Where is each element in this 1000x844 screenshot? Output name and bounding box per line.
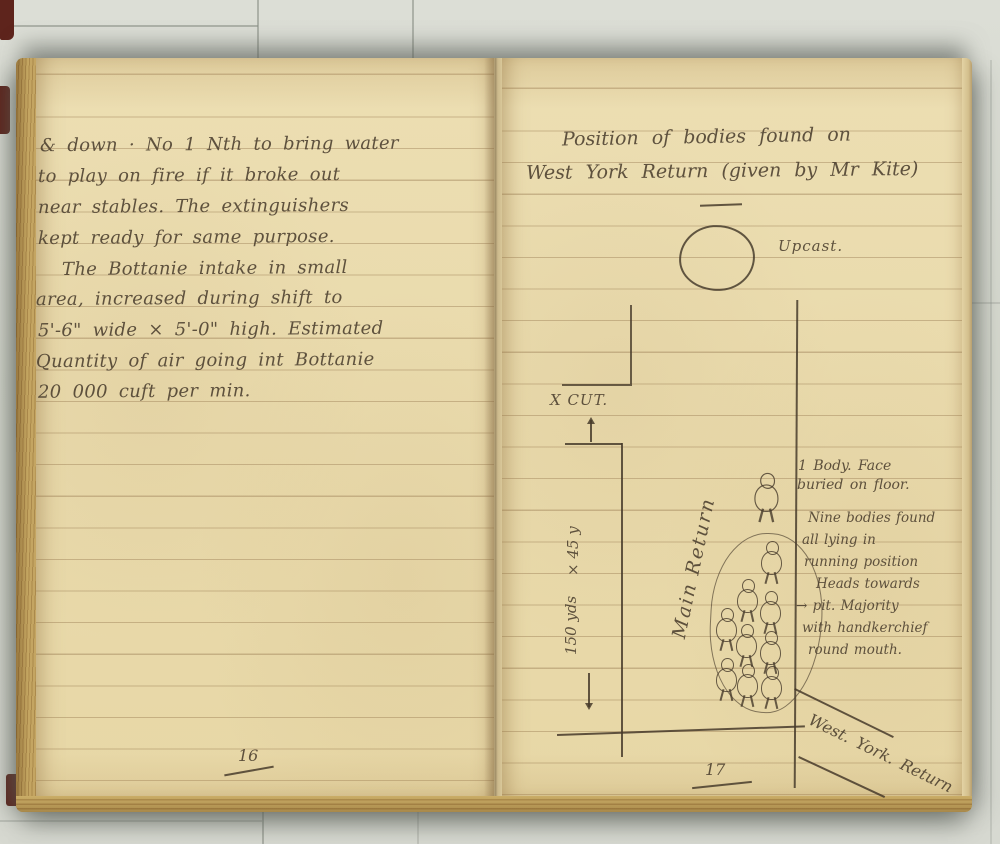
handwritten-line: The Bottanie intake in small: [62, 257, 348, 280]
body-figure: [759, 591, 783, 633]
diagram-title-line2: West York Return (given by Mr Kite): [526, 158, 919, 184]
dimension-arrow-down: [588, 673, 590, 707]
dimension-end-line: [557, 725, 805, 736]
handwritten-line: & down · No 1 Nth to bring water: [40, 133, 399, 157]
figure-leg: [769, 508, 774, 522]
handwritten-line: to play on fire if it broke out: [38, 164, 340, 187]
handwritten-line: 20 000 cuft per min.: [38, 380, 251, 402]
upcast-label: Upcast.: [778, 237, 843, 255]
page-number-underline: [692, 781, 752, 789]
body-figure: [760, 541, 784, 583]
tile-seam-vertical: [990, 60, 992, 844]
handwritten-line: kept ready for same purpose.: [38, 226, 335, 249]
handwritten-line: 5'-6" wide × 5'-0" high. Estimated: [38, 318, 384, 341]
book-cover-corner: [0, 0, 14, 40]
tile-seam-vertical: [257, 0, 259, 60]
crosscut-wall-line: [562, 305, 632, 386]
dimension-45-label: × 45 y: [564, 526, 582, 576]
group-note-line: with handkerchief: [802, 620, 928, 636]
page-number-right: 17: [705, 760, 725, 779]
diagram-title-line1: Position of bodies found on: [562, 123, 851, 150]
dimension-arrow-up: [590, 420, 592, 442]
figure-leg: [758, 508, 764, 522]
page-stack-edge-left: [16, 58, 36, 812]
tile-seam-horizontal: [0, 25, 258, 27]
handwritten-line: near stables. The extinguishers: [38, 195, 349, 218]
body-figure: [736, 664, 760, 706]
dimension-guide-line: [621, 443, 623, 757]
page-number-underline: [224, 766, 274, 777]
title-underline: [700, 203, 742, 206]
group-note-line: running position: [804, 554, 918, 570]
group-note-line: → pit. Majority: [796, 598, 899, 614]
body-figure-single: [753, 473, 781, 521]
tile-seam-vertical: [262, 810, 264, 844]
tile-seam-vertical: [417, 810, 419, 844]
single-body-note: 1 Body. Face: [798, 458, 891, 474]
left-page: & down · No 1 Nth to bring water to play…: [36, 58, 494, 796]
dimension-150-label: 150 yds: [562, 596, 580, 655]
right-page: Position of bodies found on West York Re…: [502, 58, 962, 796]
body-figure: [736, 579, 760, 621]
notebook-photo: { "photo": { "description": "Open handwr…: [0, 0, 1000, 844]
road-line: [798, 756, 885, 798]
xcut-label: X CUT.: [550, 391, 608, 409]
group-note-line: all lying in: [802, 532, 876, 548]
tile-seam-vertical: [412, 0, 414, 60]
group-note-line: Heads towards: [816, 576, 920, 592]
figure-body: [754, 484, 778, 512]
open-notebook: & down · No 1 Nth to bring water to play…: [16, 58, 972, 812]
group-note-line: Nine bodies found: [808, 510, 935, 526]
book-cover-edge: [0, 86, 10, 134]
single-body-note: buried on floor.: [797, 477, 910, 493]
west-york-return-label: West. York. Return: [806, 710, 956, 796]
group-note-line: round mouth.: [808, 642, 902, 658]
body-figure: [760, 666, 784, 708]
tile-seam-horizontal: [0, 820, 262, 822]
handwritten-line: area, increased during shift to: [36, 287, 343, 310]
page-number-left: 16: [238, 746, 258, 765]
handwritten-line: Quantity of air going int Bottanie: [36, 349, 375, 372]
dimension-tick-line: [565, 443, 622, 445]
upcast-shaft-circle: [677, 222, 757, 293]
page-stack-edge-bottom: [16, 796, 972, 812]
